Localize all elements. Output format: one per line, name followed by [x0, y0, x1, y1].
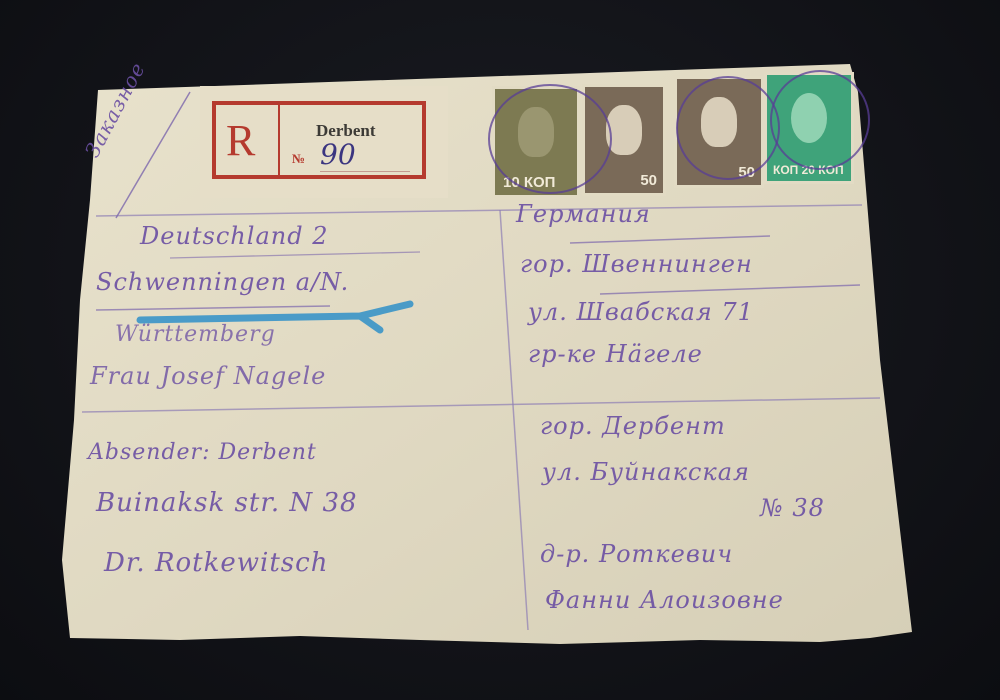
registration-number-mark: №	[292, 151, 305, 167]
sender-latin-line-1: Absender: Derbent	[88, 440, 317, 465]
envelope-photo: Заказное R Derbent № 90 10 КОП 50 50 КОП…	[0, 0, 1000, 700]
sender-cyrillic-line-4: д-р. Роткевич	[540, 540, 733, 568]
sender-latin-line-3: Dr. Rotkewitsch	[104, 548, 328, 578]
sender-latin-line-2: Buinaksk str. N 38	[96, 488, 358, 518]
registration-divider	[278, 105, 280, 175]
recipient-latin-line-3: Württemberg	[115, 322, 276, 347]
postmark-left	[488, 84, 612, 194]
recipient-cyrillic-line-2: гор. Швеннинген	[520, 250, 753, 278]
stamp-value: 50	[640, 172, 657, 189]
recipient-cyrillic-line-3: ул. Швабская 71	[528, 298, 754, 326]
sender-cyrillic-line-3: № 38	[760, 494, 825, 522]
stamp-portrait	[606, 105, 642, 155]
postmark-right	[770, 70, 870, 170]
registration-letter: R	[226, 119, 255, 163]
recipient-latin-line-1: Deutschland 2	[140, 222, 328, 250]
registration-box: R Derbent № 90	[212, 101, 426, 179]
registration-number-line	[320, 171, 410, 172]
registration-number: 90	[320, 138, 356, 171]
recipient-latin-line-2: Schwenningen a/N.	[96, 268, 349, 296]
postmark-middle	[676, 76, 780, 180]
recipient-cyrillic-line-4: гр-ке Нӓгеле	[528, 340, 703, 368]
sender-cyrillic-line-5: Фанни Алоизовне	[545, 586, 784, 614]
recipient-cyrillic-line-1: Германия	[516, 200, 651, 228]
sender-cyrillic-line-1: гор. Дербент	[540, 412, 726, 440]
sender-cyrillic-line-2: ул. Буйнакская	[542, 458, 750, 486]
recipient-latin-line-4: Frau Josef Nagele	[90, 362, 326, 390]
registration-label: R Derbent № 90	[200, 86, 448, 198]
